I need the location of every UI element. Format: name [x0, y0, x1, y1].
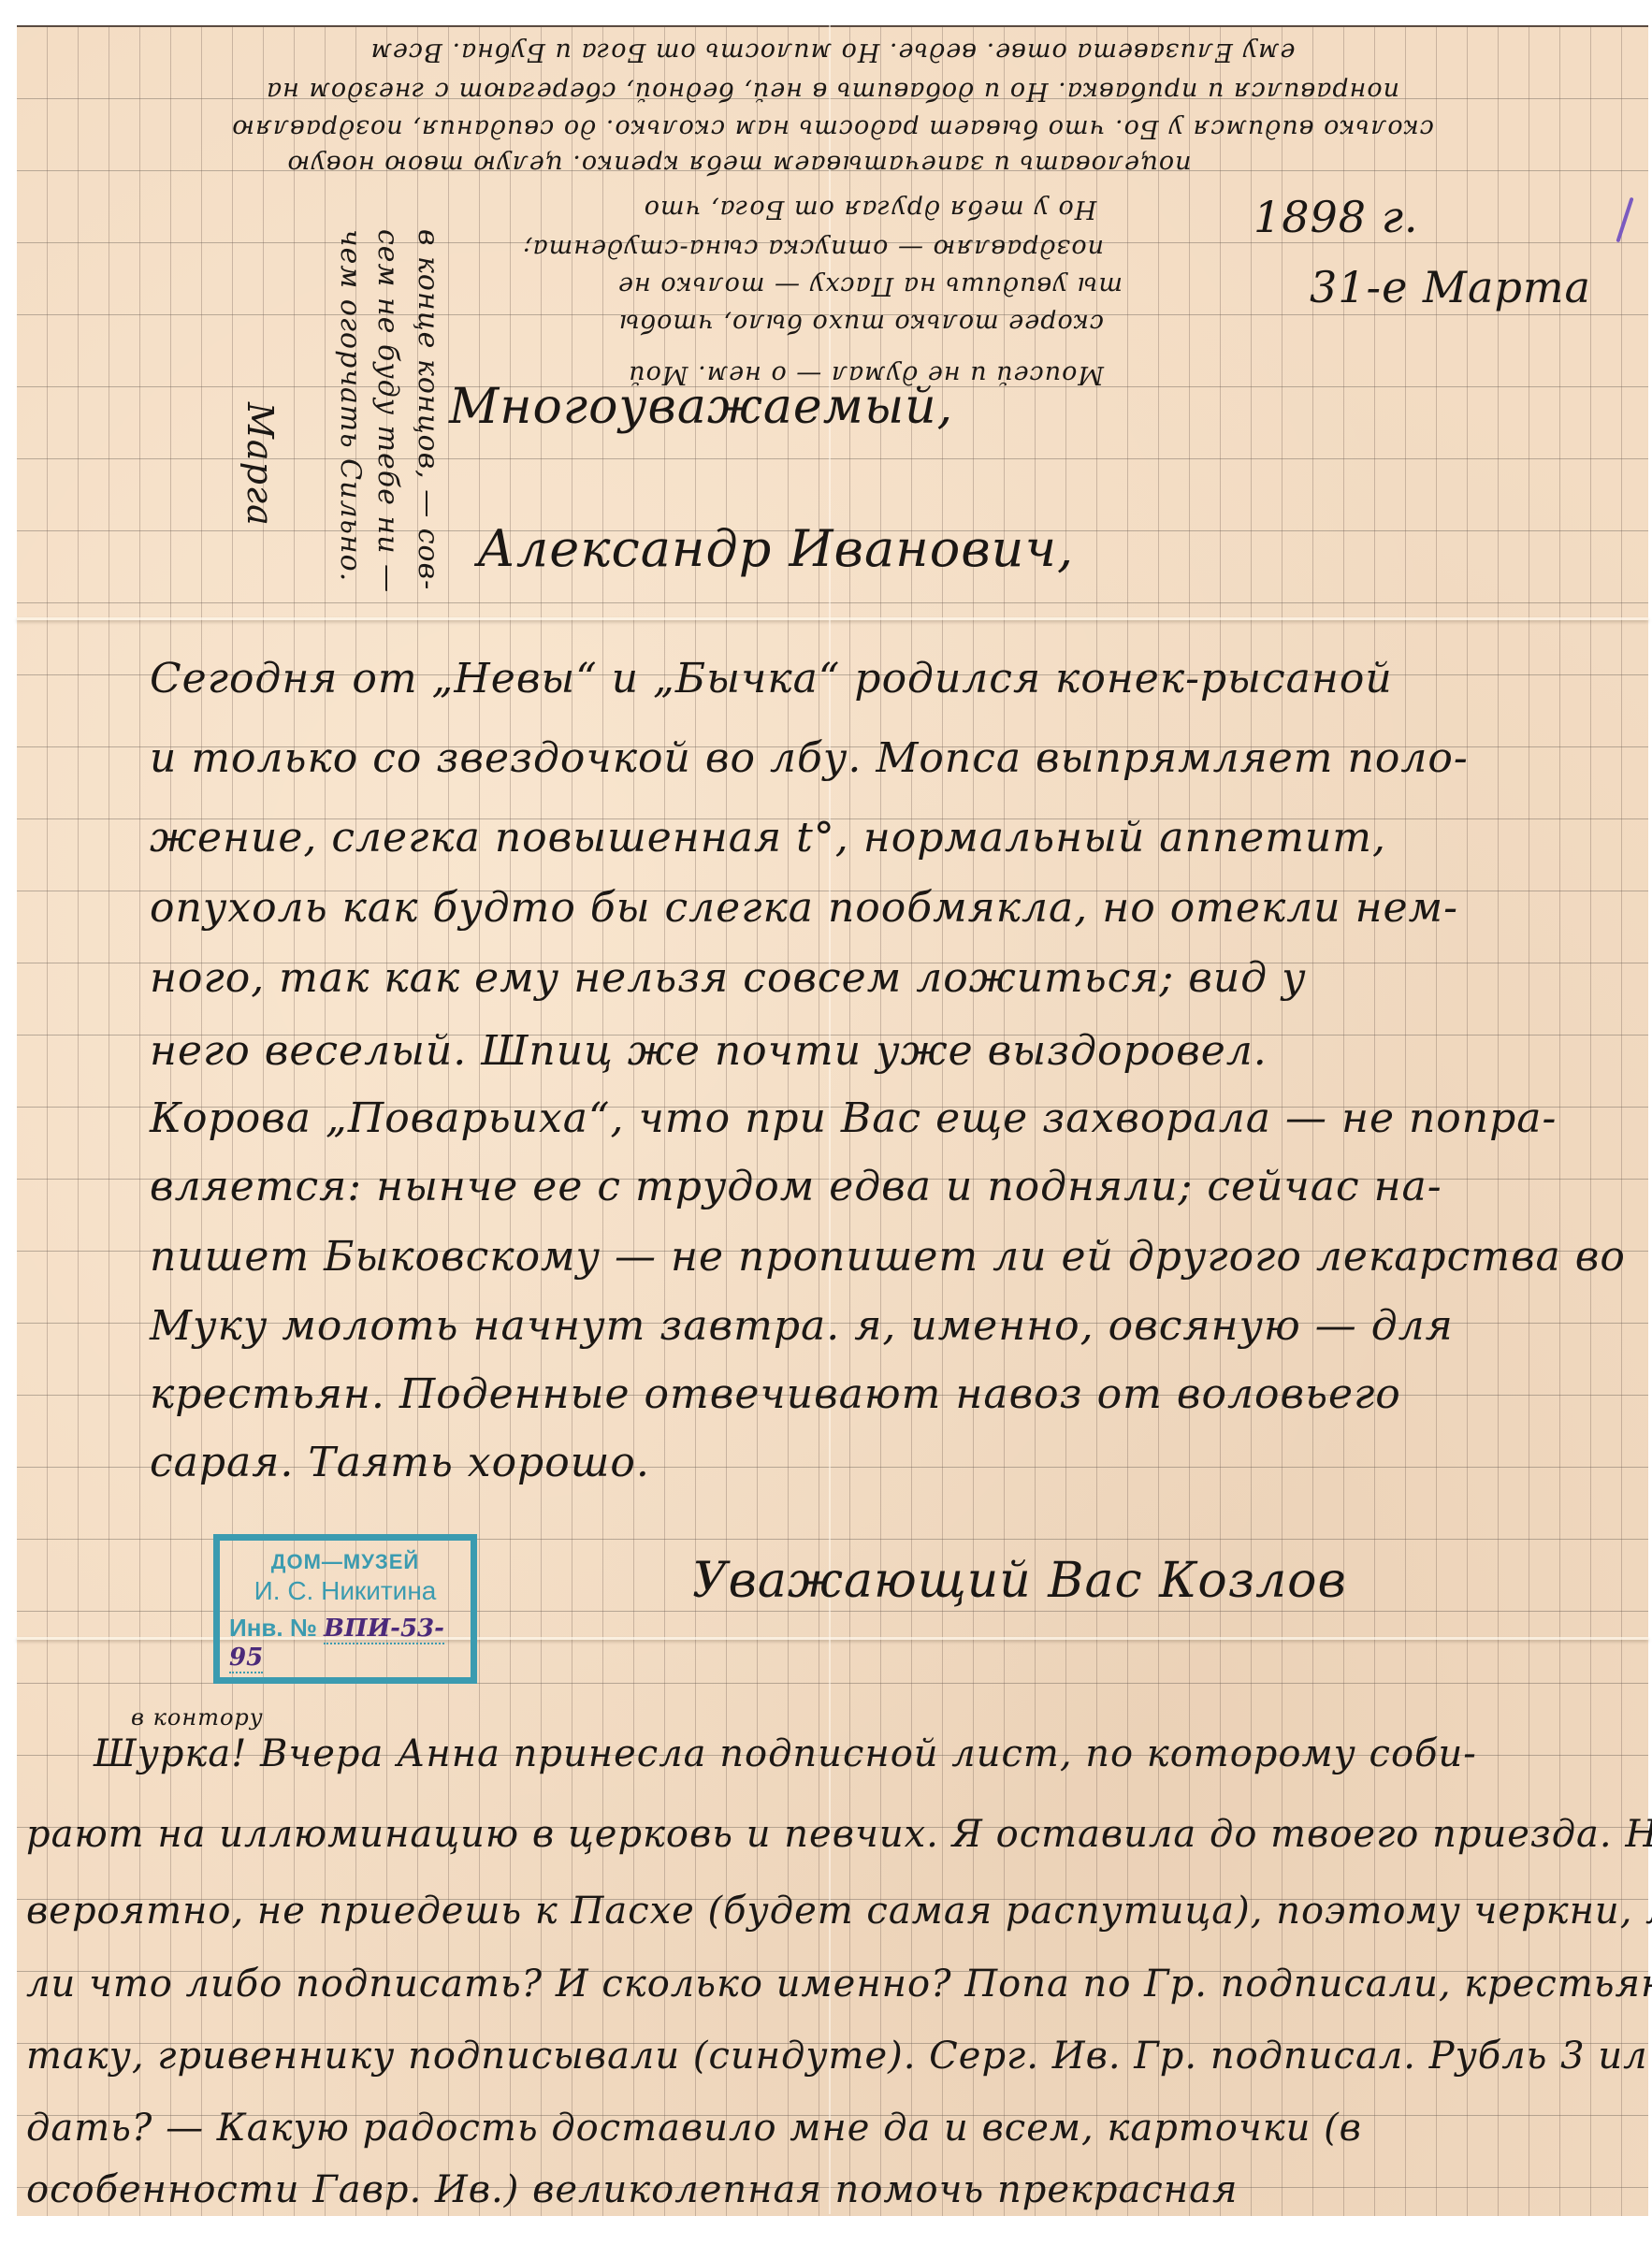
- stamp-inventory: Инв. № ВПИ-53-95: [229, 1614, 471, 1672]
- margin-note-signature: Марга: [239, 402, 281, 527]
- upside-down-line: понравился и прибавка. Но и добавить в н…: [37, 77, 1628, 106]
- margin-note-line: в конце концов, — сов-: [412, 229, 444, 590]
- postscript-line: дать? — Какую радость доставило мне да и…: [26, 2107, 1362, 2150]
- upside-down-line: поцеловать и запечатываем тебя крепко. ц…: [37, 150, 1441, 179]
- body-line: сарая. Таять хорошо.: [150, 1439, 650, 1486]
- body-line: Корова „Поварьиха“, что при Вас еще захв…: [150, 1094, 1557, 1142]
- salutation-line-2: Александр Иванович,: [477, 519, 1074, 578]
- upside-down-line: скорее только тихо было, чтобы: [636, 309, 1104, 338]
- postscript-line: таку, гривеннику подписывали (синдуте). …: [26, 2035, 1648, 2078]
- date-year: 1898 г.: [1253, 192, 1419, 242]
- body-line: жение, слегка повышенная t°, нормальный …: [150, 814, 1386, 862]
- body-line: него веселый. Шпиц же почти уже выздоров…: [150, 1027, 1268, 1075]
- closing-signature: Уважающий Вас Козлов: [692, 1553, 1347, 1609]
- salutation-line-1: Многоуважаемый,: [449, 379, 953, 435]
- body-line: Муку молоть начнут завтра. я, именно, ов…: [150, 1302, 1454, 1350]
- upside-down-line: сколько видимся у Бо. что бывает радость…: [37, 114, 1628, 143]
- upside-down-line: Но у тебя другая от Бога, что: [599, 195, 1141, 224]
- body-line: пишет Быковскому — не пропишет ли ей дру…: [150, 1233, 1626, 1281]
- postscript-line: ли что либо подписать? И сколько именно?…: [26, 1963, 1652, 2006]
- body-line: опухоль как будто бы слегка пообмякла, н…: [150, 884, 1458, 932]
- postscript-insertion: в контору: [131, 1704, 264, 1731]
- postscript-line: рают на иллюминацию в церковь и певчих. …: [26, 1813, 1652, 1856]
- upside-down-line: ему Елизавета отве. ведье. Но милость от…: [37, 37, 1628, 66]
- postscript-line: Шурка! Вчера Анна принесла подписной лис…: [94, 1732, 1477, 1775]
- upside-down-line: ты увидишь на Пасху — только не: [608, 271, 1132, 300]
- stamp-inventory-label: Инв. №: [229, 1614, 317, 1642]
- date-day-month: 31-е Марта: [1310, 262, 1591, 312]
- margin-note-line: чем огорчать Сильно.: [334, 229, 367, 582]
- paper-fold-crease: [17, 617, 1648, 620]
- upside-down-line: поздравляю — отпуска сына-студента;: [580, 234, 1104, 263]
- stamp-museum-name: ДОМ—МУЗЕЙ: [220, 1550, 471, 1574]
- body-line: крестьян. Поденные отвечивают навоз от в…: [150, 1370, 1401, 1418]
- museum-stamp: ДОМ—МУЗЕЙ И. С. Никитина Инв. № ВПИ-53-9…: [213, 1534, 477, 1684]
- postscript-line: особенности Гавр. Ив.) великолепная помо…: [26, 2168, 1238, 2211]
- postscript-line: вероятно, не приедешь к Пасхе (будет сам…: [26, 1890, 1652, 1933]
- body-line: ного, так как ему нельзя совсем ложиться…: [150, 954, 1307, 1002]
- margin-note-line: сем не буду тебе ни —: [371, 229, 404, 593]
- body-line: вляется: нынче ее с трудом едва и поднял…: [150, 1163, 1442, 1210]
- body-line: и только со звездочкой во лбу. Мопса вып…: [150, 734, 1469, 782]
- body-line: Сегодня от „Невы“ и „Бычка“ родился коне…: [150, 655, 1393, 702]
- stamp-person-name: И. С. Никитина: [220, 1576, 471, 1606]
